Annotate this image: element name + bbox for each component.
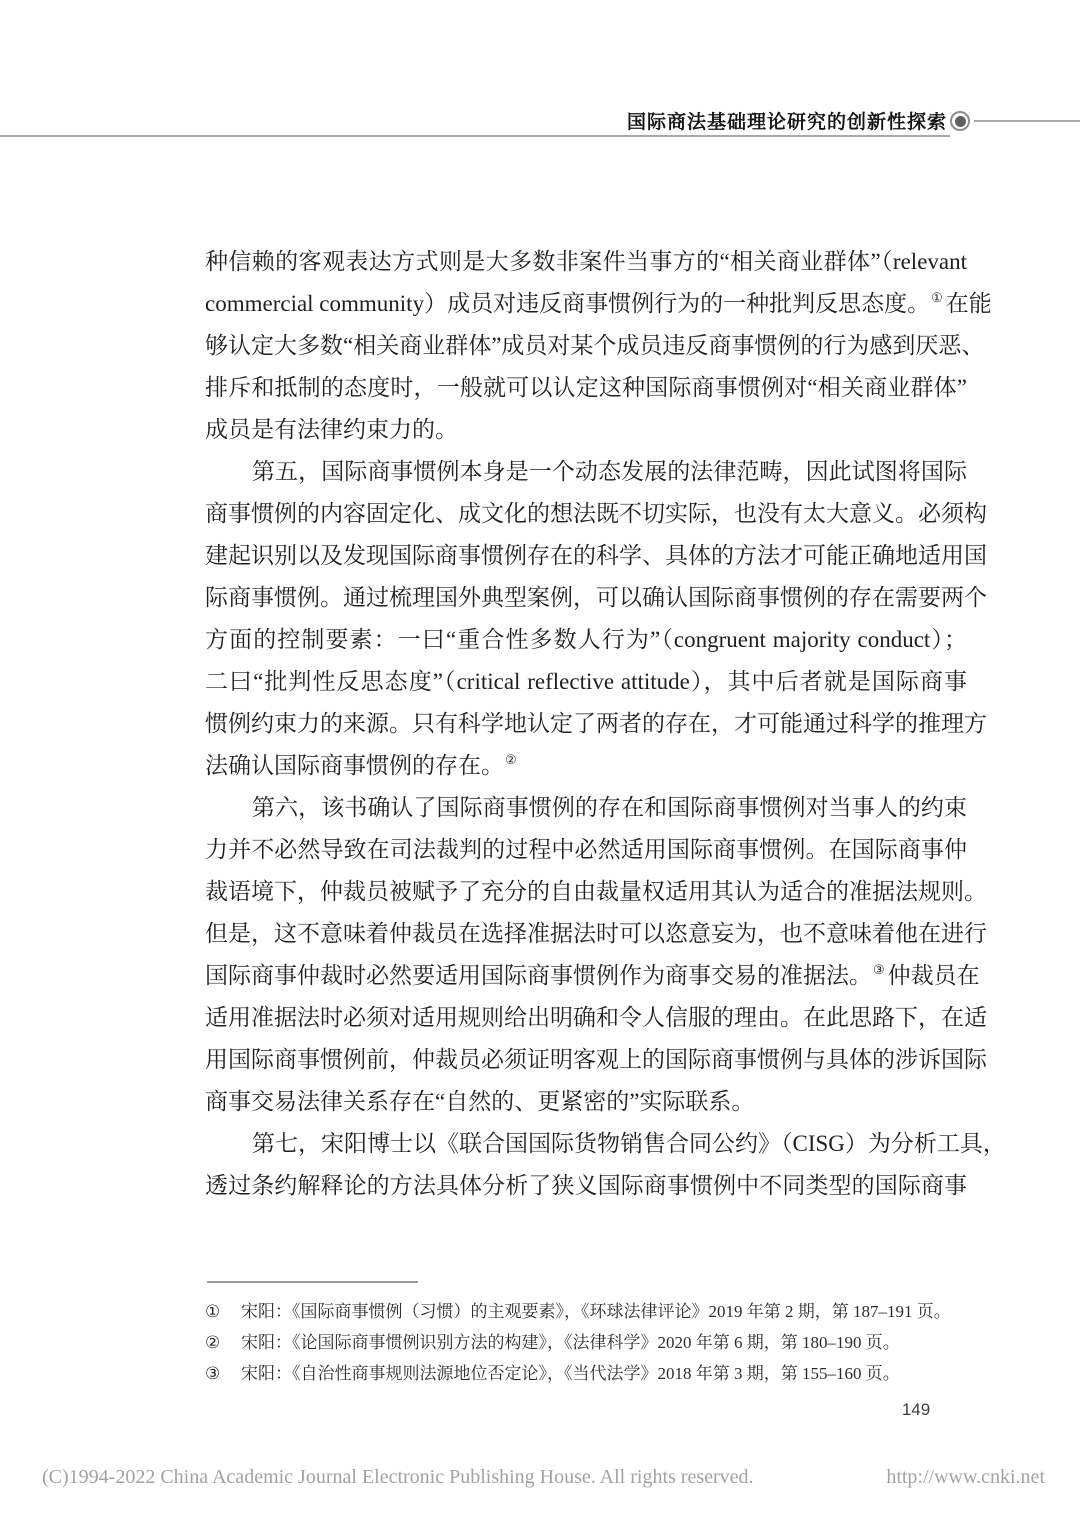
body-line: 第七，宋阳博士以《联合国国际货物销售合同公约》（CISG）为分析工具， [205, 1123, 967, 1165]
body-line: 建起识别以及发现国际商事惯例存在的科学、具体的方法才可能正确地适用国 [205, 535, 967, 577]
footer-url: http://www.cnki.net [886, 1466, 1045, 1489]
body-line: commercial community）成员对违反商事惯例行为的一种批判反思态… [205, 283, 967, 325]
body-line: 裁语境下，仲裁员被赋予了充分的自由裁量权适用其认为适合的准据法规则。 [205, 871, 967, 913]
body-line: 商事交易法律关系存在“自然的、更紧密的”实际联系。 [205, 1081, 967, 1123]
footnote-ref: ② [505, 752, 517, 767]
body-line: 排斥和抵制的态度时，一般就可以认定这种国际商事惯例对“相关商业群体” [205, 367, 967, 409]
header-rule [0, 135, 950, 137]
body-line: 种信赖的客观表达方式则是大多数非案件当事方的“相关商业群体”（relevant [205, 241, 967, 283]
footnote-item: ②宋阳：《论国际商事惯例识别方法的构建》，《法律科学》2020 年第 6 期，第… [205, 1327, 975, 1358]
body-line: 二曰“批判性反思态度”（critical reflective attitude… [205, 661, 967, 703]
footnote-marker: ③ [205, 1358, 241, 1389]
footnote-text: 宋阳：《论国际商事惯例识别方法的构建》，《法律科学》2020 年第 6 期，第 … [241, 1333, 900, 1352]
footnote-text: 宋阳：《自治性商事规则法源地位否定论》，《当代法学》2018 年第 3 期，第 … [241, 1364, 900, 1383]
body-line: 第六，该书确认了国际商事惯例的存在和国际商事惯例对当事人的约束 [205, 787, 967, 829]
footnote-ref: ③ [873, 962, 885, 977]
footnote-item: ③宋阳：《自治性商事规则法源地位否定论》，《当代法学》2018 年第 3 期，第… [205, 1358, 975, 1389]
body-line: 法确认国际商事惯例的存在。② [205, 745, 967, 787]
footnote-marker: ① [205, 1296, 241, 1327]
running-head-title: 国际商法基础理论研究的创新性探索 [0, 107, 947, 134]
header-tail-rule [974, 120, 1080, 122]
footnotes: ①宋阳：《国际商事惯例（习惯）的主观要素》，《环球法律评论》2019 年第 2 … [205, 1296, 975, 1389]
body-line: 用国际商事惯例前，仲裁员必须证明客观上的国际商事惯例与具体的涉诉国际 [205, 1039, 967, 1081]
body-line: 力并不必然导致在司法裁判的过程中必然适用国际商事惯例。在国际商事仲 [205, 829, 967, 871]
body-line: 方面的控制要素：一曰“重合性多数人行为”（congruent majority … [205, 619, 967, 661]
footnote-text: 宋阳：《国际商事惯例（习惯）的主观要素》，《环球法律评论》2019 年第 2 期… [241, 1302, 951, 1321]
body-line: 适用准据法时必须对适用规则给出明确和令人信服的理由。在此思路下，在适 [205, 997, 967, 1039]
body-line: 商事惯例的内容固定化、成文化的想法既不切实际，也没有太大意义。必须构 [205, 493, 967, 535]
body-text: 种信赖的客观表达方式则是大多数非案件当事方的“相关商业群体”（relevantc… [205, 241, 967, 1207]
body-line: 国际商事仲裁时必然要适用国际商事惯例作为商事交易的准据法。③仲裁员在 [205, 955, 967, 997]
header-bullet-icon [950, 111, 970, 131]
body-line: 惯例约束力的来源。只有科学地认定了两者的存在，才可能通过科学的推理方 [205, 703, 967, 745]
footnote-item: ①宋阳：《国际商事惯例（习惯）的主观要素》，《环球法律评论》2019 年第 2 … [205, 1296, 975, 1327]
footer-copyright: (C)1994-2022 China Academic Journal Elec… [42, 1466, 754, 1489]
footnote-marker: ② [205, 1327, 241, 1358]
body-line: 够认定大多数“相关商业群体”成员对某个成员违反商事惯例的行为感到厌恶、 [205, 325, 967, 367]
footnote-rule [207, 1281, 418, 1283]
body-line: 第五，国际商事惯例本身是一个动态发展的法律范畴，因此试图将国际 [205, 451, 967, 493]
body-line: 但是，这不意味着仲裁员在选择准据法时可以恣意妄为，也不意味着他在进行 [205, 913, 967, 955]
journal-page: 国际商法基础理论研究的创新性探索 种信赖的客观表达方式则是大多数非案件当事方的“… [0, 0, 1080, 1528]
footnote-ref: ① [931, 290, 943, 305]
body-line: 成员是有法律约束力的。 [205, 409, 967, 451]
body-line: 际商事惯例。通过梳理国外典型案例，可以确认国际商事惯例的存在需要两个 [205, 577, 967, 619]
header-bullet-dot [955, 116, 966, 127]
body-line: 透过条约解释论的方法具体分析了狭义国际商事惯例中不同类型的国际商事 [205, 1165, 967, 1207]
footer: (C)1994-2022 China Academic Journal Elec… [42, 1466, 1045, 1489]
page-number: 149 [886, 1400, 946, 1420]
